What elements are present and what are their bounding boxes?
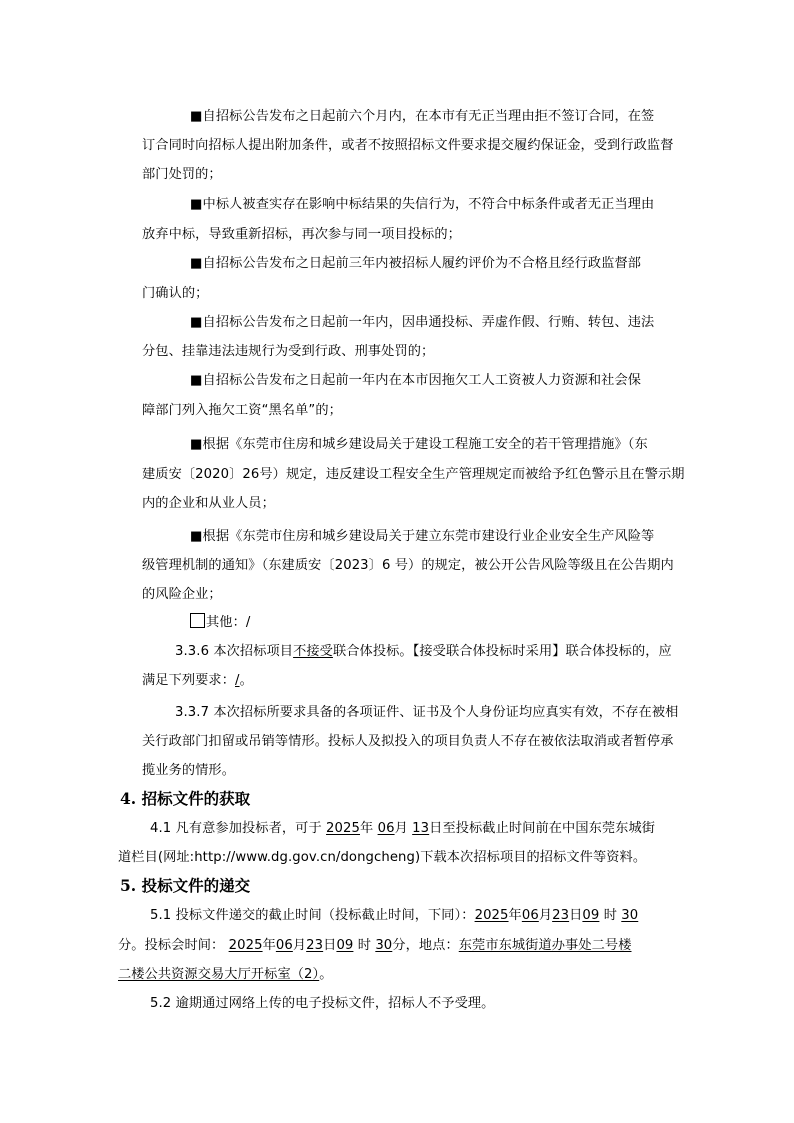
bullet-4-line-2: 分包、挂靠违法违规行为受到行政、刑事处罚的；: [142, 343, 434, 361]
bullet-2-line-1: ■中标人被查实存在影响中标结果的失信行为，不符合中标条件或者无正当理由: [190, 196, 654, 214]
other-checkbox[interactable]: [190, 613, 205, 628]
opening-minute: 30: [375, 938, 392, 953]
other-option[interactable]: 其他：/: [190, 613, 250, 632]
year-label: 年: [509, 908, 522, 923]
bullet-4-line-1: ■自招标公告发布之日起前一年内，因串通投标、弄虚作假、行贿、转包、违法: [190, 314, 654, 332]
bullet-3-line-1: ■自招标公告发布之日起前三年内被招标人履约评价为不合格且经行政监督部: [190, 255, 641, 273]
bullet-1-line-1: ■自招标公告发布之日起前六个月内，在本市有无正当理由拒不签订合同，在签: [190, 108, 654, 126]
deadline-hour: 09: [582, 908, 599, 923]
bullet-2-line-2: 放弃中标，导致重新招标，再次参与同一项目投标的；: [142, 226, 461, 244]
bullet-7-line-1: ■根据《东莞市住房和城乡建设局关于建立东莞市建设行业企业安全生产风险等: [190, 528, 654, 546]
location-value-1: 东莞市东城街道办事处二号楼: [459, 938, 632, 953]
clause-336-line2-suffix: 。: [240, 673, 253, 688]
bullet-3-line-2: 门确认的；: [142, 285, 208, 303]
clause-51-line-2: 分。投标会时间： 2025年06月23日09 时 30分，地点：东莞市东城街道办…: [118, 937, 632, 955]
clause-41-text-2: 日至投标截止时间前在中国东莞东城街: [429, 821, 655, 836]
deadline-month: 06: [522, 908, 539, 923]
clause-336-line-2: 满足下列要求：/。: [142, 672, 253, 690]
period: 。: [319, 967, 332, 982]
section-5-heading: 5. 投标文件的递交: [120, 876, 250, 896]
month-label: 月: [395, 821, 408, 836]
hour-label: 时: [358, 938, 371, 953]
bullet-7-line-3: 的风险企业；: [142, 586, 222, 604]
section-4-heading: 4. 招标文件的获取: [120, 789, 250, 809]
bullet-5-line-2: 障部门列入拖欠工资“黑名单”的；: [142, 402, 342, 420]
opening-hour: 09: [336, 938, 353, 953]
clause-336-suffix: 联合体投标。【接受联合体投标时采用】联合体投标的，应: [333, 644, 672, 659]
download-start-year: 2025: [326, 821, 360, 836]
deadline-year: 2025: [475, 908, 509, 923]
bullet-5-line-1: ■自招标公告发布之日起前一年内在本市因拖欠工人工资被人力资源和社会保: [190, 372, 641, 390]
clause-52: 5.2 逾期通过网络上传的电子投标文件，招标人不予受理。: [150, 995, 494, 1013]
clause-336-line-1: 3.3.6 本次招标项目不接受联合体投标。【接受联合体投标时采用】联合体投标的，…: [175, 643, 672, 661]
clause-337-line-1: 3.3.7 本次招标所要求具备的各项证件、证书及个人身份证均应真实有效，不存在被…: [175, 704, 678, 722]
clause-51-line-1: 5.1 投标文件递交的截止时间（投标截止时间，下同）：2025年06月23日09…: [150, 907, 638, 925]
deadline-minute: 30: [621, 908, 638, 923]
day-label: 日: [569, 908, 582, 923]
minute-label: 分: [392, 938, 405, 953]
download-start-month: 06: [378, 821, 395, 836]
day-label: 日: [323, 938, 336, 953]
hour-label: 时: [604, 908, 617, 923]
clause-51-line-3: 二楼公共资源交易大厅开标室（2）。: [118, 966, 333, 984]
other-label: 其他：/: [206, 615, 250, 630]
bullet-1-line-3: 部门处罚的；: [142, 166, 222, 184]
bullet-6-line-2: 建质安〔2020〕26号）规定，违反建设工程安全生产管理规定而被给予红色警示且在…: [142, 466, 685, 484]
joint-bid-value: 不接受: [293, 644, 333, 659]
location-label: ，地点：: [406, 938, 459, 953]
opening-day: 23: [306, 938, 323, 953]
opening-year: 2025: [229, 938, 263, 953]
bullet-7-line-2: 级管理机制的通知》（东建质安〔2023〕6 号）的规定，被公开公告风险等级且在公…: [142, 557, 674, 575]
month-label: 月: [539, 908, 552, 923]
clause-41-line-2: 道栏目(网址:http://www.dg.gov.cn/dongcheng)下载…: [118, 849, 646, 867]
minute-label: 分: [118, 938, 131, 953]
opening-month: 06: [276, 938, 293, 953]
bullet-6-line-1: ■根据《东莞市住房和城乡建设局关于建设工程施工安全的若干管理措施》（东: [190, 436, 648, 454]
clause-41-text: 4.1 凡有意参加投标者，可于: [150, 821, 322, 836]
month-label: 月: [293, 938, 306, 953]
clause-51-text: 5.1 投标文件递交的截止时间（投标截止时间，下同）：: [150, 908, 475, 923]
bullet-1-line-2: 订合同时向招标人提出附加条件，或者不按照招标文件要求提交履约保证金，受到行政监督: [142, 137, 674, 155]
deadline-day: 23: [552, 908, 569, 923]
location-value-2: 二楼公共资源交易大厅开标室（2）: [118, 967, 319, 982]
year-label: 年: [263, 938, 276, 953]
opening-label: 。投标会时间：: [131, 938, 224, 953]
clause-41-line-1: 4.1 凡有意参加投标者，可于 2025年 06月 13日至投标截止时间前在中国…: [150, 820, 655, 838]
clause-336-line2-prefix: 满足下列要求：: [142, 673, 235, 688]
clause-337-line-3: 揽业务的情形。: [142, 762, 235, 780]
year-label: 年: [360, 821, 373, 836]
clause-337-line-2: 关行政部门扣留或吊销等情形。投标人及拟投入的项目负责人不存在被依法取消或者暂停承: [142, 733, 674, 751]
download-start-day: 13: [412, 821, 429, 836]
clause-336-prefix: 3.3.6 本次招标项目: [175, 644, 293, 659]
bullet-6-line-3: 内的企业和从业人员；: [142, 495, 275, 513]
